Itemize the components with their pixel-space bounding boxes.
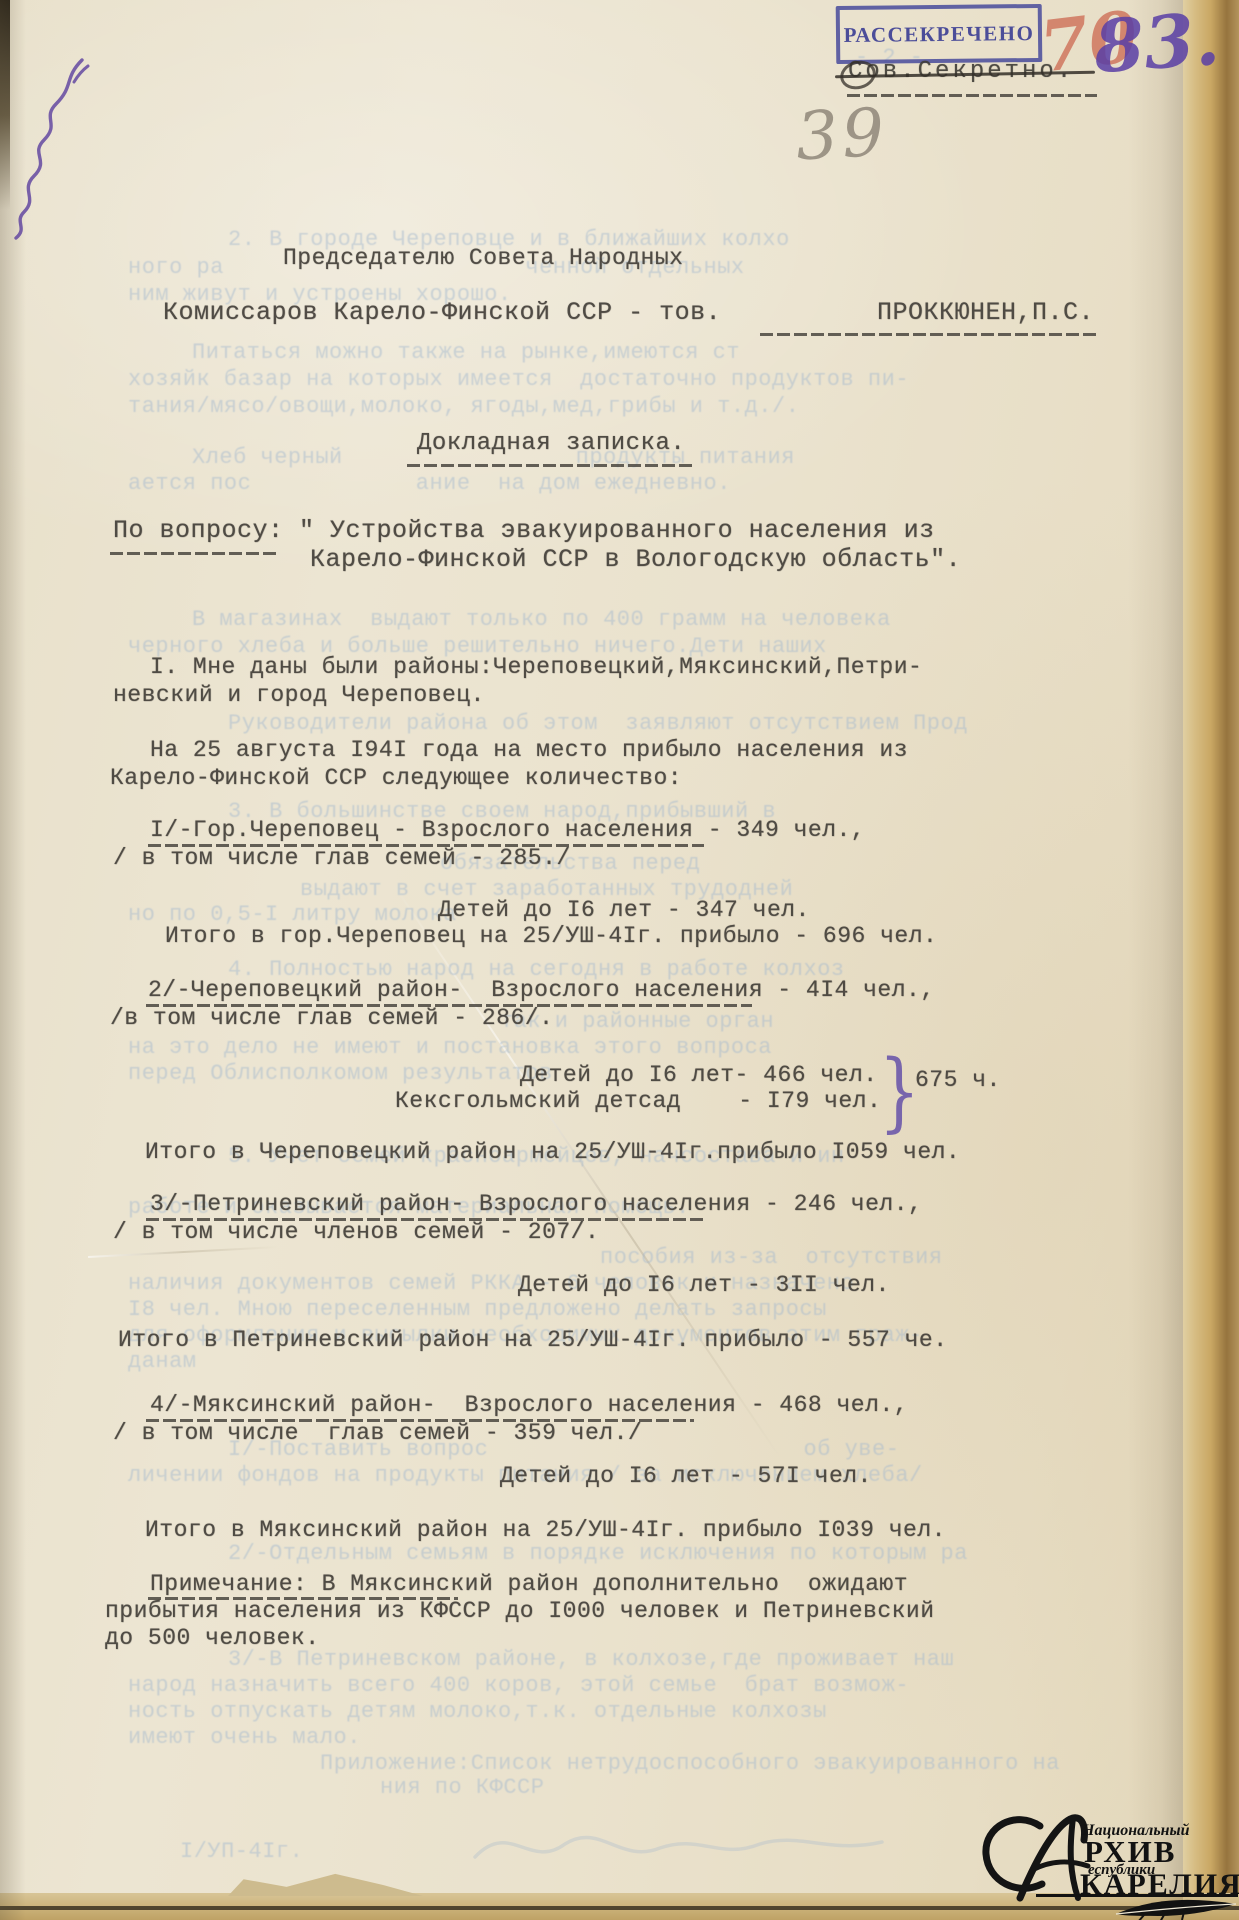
typed-line: Итого в гор.Череповец на 25/УШ-4Iг. приб… xyxy=(165,924,937,949)
declassified-stamp: РАССЕКРЕЧЕНО xyxy=(836,4,1043,64)
bleedthrough-line: 2/-Отдельным семьям в порядке исключения… xyxy=(228,1542,968,1566)
typed-line: / в том числе членов семей - 207/. xyxy=(113,1220,599,1245)
bleedthrough-line: на это дело не имеют и постановка этого … xyxy=(128,1036,772,1060)
typed-line: 3/-Петриневский район- Взрослого населен… xyxy=(150,1192,922,1217)
handwritten-number-violet: 83. xyxy=(1091,0,1222,89)
typed-line: Детей до I6 лет- 466 чел. xyxy=(520,1063,878,1088)
typed-line: 2/-Череповецкий район- Взрослого населен… xyxy=(148,978,935,1003)
typed-underline xyxy=(760,333,1100,336)
typed-line: Итого в Петриневский район на 25/УШ-4Iг.… xyxy=(118,1328,948,1353)
typed-line: 675 ч. xyxy=(915,1068,1001,1093)
bleedthrough-line: тания/мясо/овощи,молоко, ягоды,мед,грибы… xyxy=(128,395,799,419)
typed-line: Кексгольмский детсад - I79 чел. xyxy=(395,1089,881,1114)
typed-line: / в том числе глав семей - 285./ xyxy=(113,846,571,871)
bleedthrough-line: Приложение:Список нетрудоспособного эвак… xyxy=(320,1752,1060,1776)
typed-line: Детей до I6 лет - 57I чел. xyxy=(500,1464,872,1489)
typed-underline xyxy=(407,464,693,467)
bleedthrough-line: хозяйк базар на которых имеется достаточ… xyxy=(128,368,909,392)
bleedthrough-line: В магазинах выдают только по 400 грамм н… xyxy=(192,608,891,632)
paper-crease xyxy=(88,1246,278,1258)
typed-line: Карело-Финской ССР в Вологодскую область… xyxy=(310,546,961,574)
bleedthrough-line: ность отпускать детям молоко,т.к. отдель… xyxy=(128,1700,827,1724)
typed-line: Примечание: В Мяксинский район дополните… xyxy=(150,1572,908,1597)
bleedthrough-line: Руководители района об этом заявляют отс… xyxy=(228,712,968,736)
typed-line: 4/-Мяксинский район- Взрослого населения… xyxy=(150,1393,908,1418)
bleedthrough-line: ается пос ание на дом ежедневно. xyxy=(128,472,731,496)
archive-monogram-icon xyxy=(976,1812,1094,1902)
bleedthrough-line: I/УП-4Iг. xyxy=(180,1840,303,1864)
typed-line: до 500 человек. xyxy=(105,1626,320,1651)
typed-line: ПРОККЮНЕН,П.С. xyxy=(877,299,1094,327)
bleedthrough-line: данам xyxy=(128,1350,197,1374)
typed-line: Председателю Совета Народных xyxy=(283,246,683,271)
bleedthrough-line: имеют очень мало. xyxy=(128,1726,361,1750)
right-fold-shadow xyxy=(1128,0,1183,1920)
typed-line: /в том числе глав семей - 286/. xyxy=(110,1006,553,1031)
typed-line: Карело-Финской ССР следующее количество: xyxy=(110,766,682,791)
archive-watermark: Национальный РХИВ еспублики КАРЕЛИЯ xyxy=(960,1808,1239,1920)
typed-line: невский и город Череповец. xyxy=(113,683,485,708)
handwritten-brace: } xyxy=(879,1042,920,1142)
bleedthrough-line: пособия из-за отсутствия xyxy=(600,1246,943,1270)
typed-line: I/-Гор.Череповец - Взрослого населения -… xyxy=(150,818,865,843)
bleedthrough-line: ния по КФССР xyxy=(380,1776,544,1800)
faint-pencil-signature xyxy=(470,1812,890,1882)
typed-line: Комиссаров Карело-Финской ССР - тов. xyxy=(163,299,721,327)
bleedthrough-line: I8 чел. Мною переселенным предложено дел… xyxy=(128,1298,827,1322)
typed-line: По вопросу: " Устройства эвакуированного… xyxy=(113,517,935,545)
bleedthrough-line: перед Облисполкомом результатов xyxy=(128,1062,553,1086)
page-edge-right xyxy=(1183,0,1239,1920)
typed-underline xyxy=(110,552,280,555)
declassified-stamp-label: РАССЕКРЕЧЕНО xyxy=(843,21,1034,48)
typed-line: I. Мне даны были районы:Череповецкий,Мяк… xyxy=(150,655,922,680)
paper-tear xyxy=(228,1872,423,1896)
typed-line: Итого в Череповецкий район на 25/УШ-4Iг.… xyxy=(145,1140,960,1165)
scanned-document-page: - 2 -2. В городе Череповце и в ближайших… xyxy=(0,0,1239,1920)
typed-line: Детей до I6 лет - 3II чел. xyxy=(518,1273,890,1298)
typed-line: прибытия населения из КФССР до I000 чело… xyxy=(105,1599,935,1624)
bleedthrough-line: народ назначить всего 400 коров, этой се… xyxy=(128,1674,909,1698)
handwritten-margin-note xyxy=(4,52,94,242)
bleedthrough-line: 3/-В Петриневском районе, в колхозе,где … xyxy=(228,1648,954,1672)
typed-line: / в том числе глав семей - 359 чел./ xyxy=(113,1421,642,1446)
typed-line: Детей до I6 лет - 347 чел. xyxy=(438,898,810,923)
bleedthrough-line: Питаться можно также на рынке,имеются ст xyxy=(192,341,740,365)
typed-line: Докладная записка. xyxy=(417,431,685,457)
typed-line: На 25 августа I94I года на место прибыло… xyxy=(150,738,908,763)
quill-icon xyxy=(1114,1896,1238,1920)
left-edge-shadow xyxy=(0,0,26,1920)
handwritten-number-pencil: 39 xyxy=(794,94,890,176)
typed-line: Итого в Мяксинский район на 25/УШ-4Iг. п… xyxy=(145,1518,946,1543)
